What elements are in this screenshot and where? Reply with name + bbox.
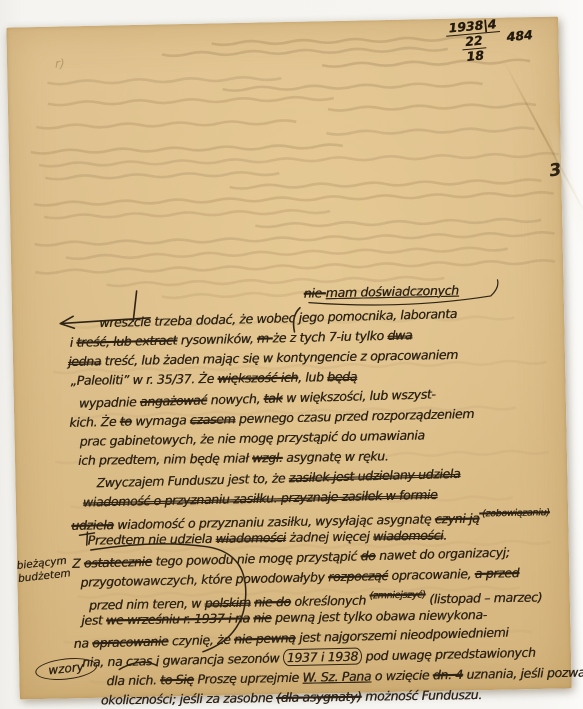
manuscript-segment: to	[120, 414, 132, 429]
manuscript-segment: a przed	[475, 565, 520, 581]
manuscript-paper: r) 1938|4 22 18 484 3 nie mam doświadczo…	[6, 17, 571, 700]
manuscript-segment: wiadomość o przyznaniu zasiłku.	[83, 490, 281, 509]
manuscript-segment: czynię, że	[168, 632, 234, 649]
archive-fraction: 1938|4 22 18	[445, 17, 503, 66]
archive-number: 1938|4 22 18 484	[445, 14, 535, 66]
archive-side-number: 484	[506, 27, 533, 44]
manuscript-segment: żadnej więcej	[286, 529, 374, 545]
manuscript-segment: okoliczności; jeśli za zasobne	[101, 690, 277, 708]
archive-fraction-bottom: 18	[463, 48, 488, 64]
manuscript-segment: najgorszemi nieodpowiedniemi	[324, 625, 509, 645]
manuscript-segment: Przedtem nie udziela	[88, 531, 216, 548]
manuscript-segment: nie pewną	[234, 630, 296, 647]
manuscript-segment: opracowanie,	[388, 566, 475, 583]
manuscript-segment: będą	[327, 369, 357, 384]
manuscript-segment: treść, lub żaden mając się w kontyngenci…	[101, 347, 458, 368]
manuscript-segment: mam doświadczonych	[325, 283, 458, 301]
manuscript-segment: pewną jest tylko obawa niewykona-	[271, 607, 487, 625]
manuscript-segment: rysowników,	[177, 331, 257, 348]
manuscript-segment: Zwyczajem Funduszu jest to, że	[96, 470, 289, 490]
manuscript-segment: nie	[253, 610, 271, 625]
manuscript-segment: angażować	[140, 392, 207, 409]
manuscript-segment: dn. 4	[433, 667, 463, 683]
manuscript-segment: (zmniejszyć)	[369, 589, 425, 601]
manuscript-segment: nie	[304, 285, 326, 300]
manuscript-segment: we wrześniu r. 1937 i na	[106, 610, 250, 627]
manuscript-segment: m	[257, 330, 273, 345]
manuscript-segment: nia, na czas i gwarancja sezonów	[82, 650, 283, 669]
manuscript-segment: możność Funduszu.	[361, 687, 482, 704]
manuscript-segment: tak	[263, 390, 282, 405]
manuscript-segment: jedna	[68, 353, 101, 369]
manuscript-segment: dla nich.	[106, 672, 160, 688]
manuscript-segment: zasiłek jest udzielany	[289, 467, 419, 485]
manuscript-segment: udziela	[418, 466, 461, 482]
manuscript-segment: dwa	[387, 327, 412, 343]
manuscript-segment: przyznaje zasiłek w formie	[281, 487, 438, 505]
manuscript-segment: większość ich	[217, 370, 298, 386]
manuscript-segment: nowych,	[207, 391, 264, 407]
manuscript-segment: wiadomości	[373, 528, 443, 544]
manuscript-segment: kich. Że	[69, 414, 120, 430]
manuscript-segment: ich przedtem, nim będę miał	[78, 450, 252, 467]
manuscript-segment: na	[73, 635, 92, 650]
manuscript-segment: wymaga	[131, 412, 190, 428]
manuscript-segment: W. Sz. Pana	[302, 668, 371, 684]
manuscript-segment: wzgl.	[252, 450, 283, 465]
manuscript-segment: , lub	[298, 369, 327, 384]
manuscript-segment: w większości, lub wszyst-	[282, 386, 435, 405]
manuscript-segment: „Paleoliti” w r. 35/37. Że	[70, 371, 217, 388]
manuscript-segment: treść, lub extract	[76, 333, 177, 350]
manuscript-segment: Proszę uprzejmie	[194, 670, 303, 687]
manuscript-segment: 1937 i 1938	[283, 648, 363, 667]
manuscript-segment: wobec jego pomocnika, laboranta	[256, 306, 457, 326]
manuscript-segment: wypadnie	[79, 394, 140, 411]
manuscript-segment: .	[443, 528, 447, 543]
manuscript-segment: (dla asygnaty)	[276, 689, 361, 705]
manuscript-segment: rozpocząć	[328, 568, 388, 584]
inserted-phrase: nie mam doświadczonych	[304, 283, 459, 301]
manuscript-segment: asygnatę w ręku.	[282, 448, 388, 465]
manuscript-segment: jest	[295, 629, 324, 645]
manuscript-segment: jest	[81, 612, 106, 627]
scanned-document: { "annotations": { "archive_fraction": {…	[0, 0, 583, 709]
manuscript-segment: że z tych 7-iu tylko	[272, 328, 387, 346]
manuscript-segment: (zobowiązaniu)	[479, 507, 549, 519]
manuscript-segment: do	[360, 548, 375, 563]
manuscript-segment: to Się	[160, 672, 194, 688]
manuscript-segment: ostatecznie	[84, 554, 152, 571]
manuscript-segment: pod uwagę przedstawionych	[362, 645, 536, 664]
manuscript-text: wreszcie trzeba dodać, że wobec jego pom…	[67, 302, 577, 709]
manuscript-segment: wiadomości	[216, 530, 286, 546]
manuscript-segment: o wzięcie	[371, 667, 433, 683]
manuscript-segment: pewnego czasu przed rozporządzeniem	[235, 406, 474, 426]
corner-pencil-mark: r)	[55, 56, 65, 70]
manuscript-segment: czyni ją	[435, 511, 480, 527]
manuscript-segment: prac gabinetowych, że nie mogę przystąpi…	[79, 427, 424, 448]
manuscript-segment: wreszcie trzeba dodać, że	[99, 311, 256, 330]
manuscript-segment: nawet do organizacyj;	[375, 545, 509, 563]
manuscript-segment: opracowanie	[92, 633, 168, 650]
manuscript-segment: tego powodu nie mogę przystąpić	[152, 548, 361, 568]
manuscript-segment: uznania, jeśli pozwalają na to	[463, 664, 583, 682]
manuscript-segment: czasem	[190, 411, 236, 427]
manuscript-segment: przygotowawczych, które powodowałyby	[80, 569, 328, 589]
